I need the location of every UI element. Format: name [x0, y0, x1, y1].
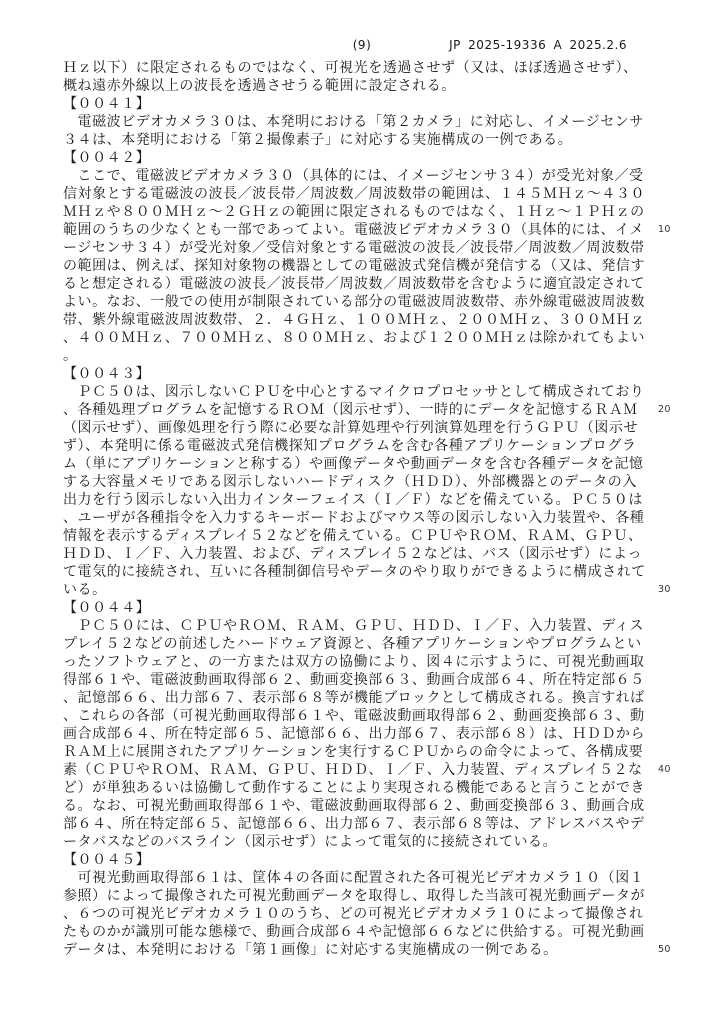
body-text-line: ム（単にアプリケーションと称する）や画像データや動画データを含む各種データを記憶	[63, 455, 663, 473]
body-text-line: 画合成部６４、所在特定部６５、記憶部６６、出力部６７、表示部６８）は、ＨＤＤから	[63, 725, 663, 743]
body-text-line: いる。	[63, 581, 663, 599]
margin-line-number: 10	[658, 221, 680, 239]
body-text-line: 【００４５】	[63, 851, 663, 869]
body-text-line: 、ユーザが各種指令を入力するキーボードおよびマウス等の図示しない入力装置や、各種	[63, 509, 663, 527]
margin-line-number: 50	[658, 941, 680, 959]
body-text-line: 電磁波ビデオカメラ３０は、本発明における「第２カメラ」に対応し、イメージセンサ	[63, 113, 663, 131]
margin-line-number: 30	[658, 581, 680, 599]
body-text-line: （図示せず）、画像処理を行う際に必要な計算処理や行列演算処理を行うＧＰＵ（図示せ	[63, 419, 663, 437]
body-text-line: 帯、紫外線電磁波周波数帯、２．４ＧＨｚ、１００ＭＨｚ、２００ＭＨｚ、３００ＭＨｚ	[63, 311, 663, 329]
body-text-line: ＰＣ５０には、ＣＰＵやＲＯＭ、ＲＡＭ、ＧＰＵ、ＨＤＤ、Ｉ／Ｆ、入力装置、ディス	[63, 617, 663, 635]
body-text-line: 得部６１や、電磁波動画取得部６２、動画変換部６３、動画合成部６４、所在特定部６５	[63, 671, 663, 689]
body-text-line: 信対象とする電磁波の波長／波長帯／周波数／周波数帯の範囲は、１４５ＭＨｚ～４３０	[63, 185, 663, 203]
body-text-line: 【００４３】	[63, 365, 663, 383]
body-text-line: ＭＨｚや８００ＭＨｚ～２ＧＨｚの範囲に限定されるものではなく、１Ｈｚ～１ＰＨｚの	[63, 203, 663, 221]
body-text-line: 。	[63, 347, 663, 365]
body-text-line: ＰＣ５０は、図示しないＣＰＵを中心とするマイクロプロセッサとして構成されており	[63, 383, 663, 401]
margin-line-number: 40	[658, 761, 680, 779]
body-text-line: 概ね遠赤外線以上の波長を透過させうる範囲に設定される。	[63, 77, 663, 95]
margin-line-numbers: 10 20 30 40 50	[658, 0, 680, 1024]
body-text-line: 、４００ＭＨｚ、７００ＭＨｚ、８００ＭＨｚ、および１２００ＭＨｚは除かれてもよい	[63, 329, 663, 347]
page-header: (9) JP 2025-19336 A 2025.2.6	[0, 36, 724, 54]
body-text-line: たものかが識別可能な態様で、動画合成部６４や記憶部６６などに供給する。可視光動画	[63, 923, 663, 941]
body-text-line: ＨＤＤ、Ｉ／Ｆ、入力装置、および、ディスプレイ５２などは、バス（図示せず）によっ	[63, 545, 663, 563]
body-text-line: 、記憶部６６、出力部６７、表示部６８等が機能ブロックとして構成される。換言すれば	[63, 689, 663, 707]
margin-line-number: 20	[658, 401, 680, 419]
body-text-line: ータバスなどのバスライン（図示せず）によって電気的に接続されている。	[63, 833, 663, 851]
body-text-line: 範囲のうちの少なくとも一部であってよい。電磁波ビデオカメラ３０（具体的には、イメ	[63, 221, 663, 239]
body-text-line: する大容量メモリである図示しないハードディスク（ＨＤＤ）、外部機器とのデータの入	[63, 473, 663, 491]
body-text-line: 【００４２】	[63, 149, 663, 167]
body-text-line: 素（ＣＰＵやＲＯＭ、ＲＡＭ、ＧＰＵ、ＨＤＤ、Ｉ／Ｆ、入力装置、ディスプレイ５２な	[63, 761, 663, 779]
body-text-line: ると想定される）電磁波の波長／波長帯／周波数／周波数帯を含むように適宜設定されて	[63, 275, 663, 293]
body-text-line: 参照）によって撮像された可視光動画データを取得し、取得した当該可視光動画データが	[63, 887, 663, 905]
body-text-line: 可視光動画取得部６１は、筐体４の各面に配置された各可視光ビデオカメラ１０（図１	[63, 869, 663, 887]
body-text-line: ＲＡＭ上に展開されたアプリケーションを実行するＣＰＵからの命令によって、各構成要	[63, 743, 663, 761]
body-text-line: データは、本発明における「第１画像」に対応する実施構成の一例である。	[63, 941, 663, 959]
body-text-line: 、６つの可視光ビデオカメラ１０のうち、どの可視光ビデオカメラ１０によって撮像され	[63, 905, 663, 923]
body-text-line: ったソフトウェアと、の一方または双方の協働により、図４に示すように、可視光動画取	[63, 653, 663, 671]
body-text-line: プレイ５２などの前述したハードウェア資源と、各種アプリケーションやプログラムとい	[63, 635, 663, 653]
body-text-line: の範囲は、例えば、探知対象物の機器としての電磁波式発信機が発信する（又は、発信す	[63, 257, 663, 275]
body-text-line: 【００４４】	[63, 599, 663, 617]
patent-document-page: (9) JP 2025-19336 A 2025.2.6 Ｈｚ以下）に限定される…	[0, 0, 724, 1024]
body-text-line: よい。なお、一般での使用が制限されている部分の電磁波周波数帯、赤外線電磁波周波数	[63, 293, 663, 311]
body-text-line: 部６４、所在特定部６５、記憶部６６、出力部６７、表示部６８等は、アドレスバスやデ	[63, 815, 663, 833]
body-text-line: ず）、本発明に係る電磁波式発信機探知プログラムを含む各種アプリケーションプログラ	[63, 437, 663, 455]
body-text-line: る。なお、可視光動画取得部６１や、電磁波動画取得部６２、動画変換部６３、動画合成	[63, 797, 663, 815]
body-text-line: 【００４１】	[63, 95, 663, 113]
body-text-line: 、各種処理プログラムを記憶するＲＯＭ（図示せず）、一時的にデータを記憶するＲＡＭ	[63, 401, 663, 419]
publication-number: JP 2025-19336 A 2025.2.6	[449, 36, 627, 54]
body-text-line: ージセンサ３４）が受光対象／受信対象とする電磁波の波長／波長帯／周波数／周波数帯	[63, 239, 663, 257]
body-text-line: 、これらの各部（可視光動画取得部６１や、電磁波動画取得部６２、動画変換部６３、動	[63, 707, 663, 725]
body-text-line: ど）が単独あるいは協働して動作することにより実現される機能であると言うことができ	[63, 779, 663, 797]
body-text-line: ここで、電磁波ビデオカメラ３０（具体的には、イメージセンサ３４）が受光対象／受	[63, 167, 663, 185]
body-text-line: Ｈｚ以下）に限定されるものではなく、可視光を透過させず（又は、ほぼ透過させず）、	[63, 59, 663, 77]
body-text-line: 情報を表示するディスプレイ５２などを備えている。ＣＰＵやＲＯＭ、ＲＡＭ、ＧＰＵ、	[63, 527, 663, 545]
patent-body-text: Ｈｚ以下）に限定されるものではなく、可視光を透過させず（又は、ほぼ透過させず）、…	[63, 59, 663, 959]
body-text-line: ３４は、本発明における「第２撮像素子」に対応する実施構成の一例である。	[63, 131, 663, 149]
body-text-line: 出力を行う図示しない入出力インターフェイス（Ｉ／Ｆ）などを備えている。ＰＣ５０は	[63, 491, 663, 509]
body-text-line: て電気的に接続され、互いに各種制御信号やデータのやり取りができるように構成されて	[63, 563, 663, 581]
